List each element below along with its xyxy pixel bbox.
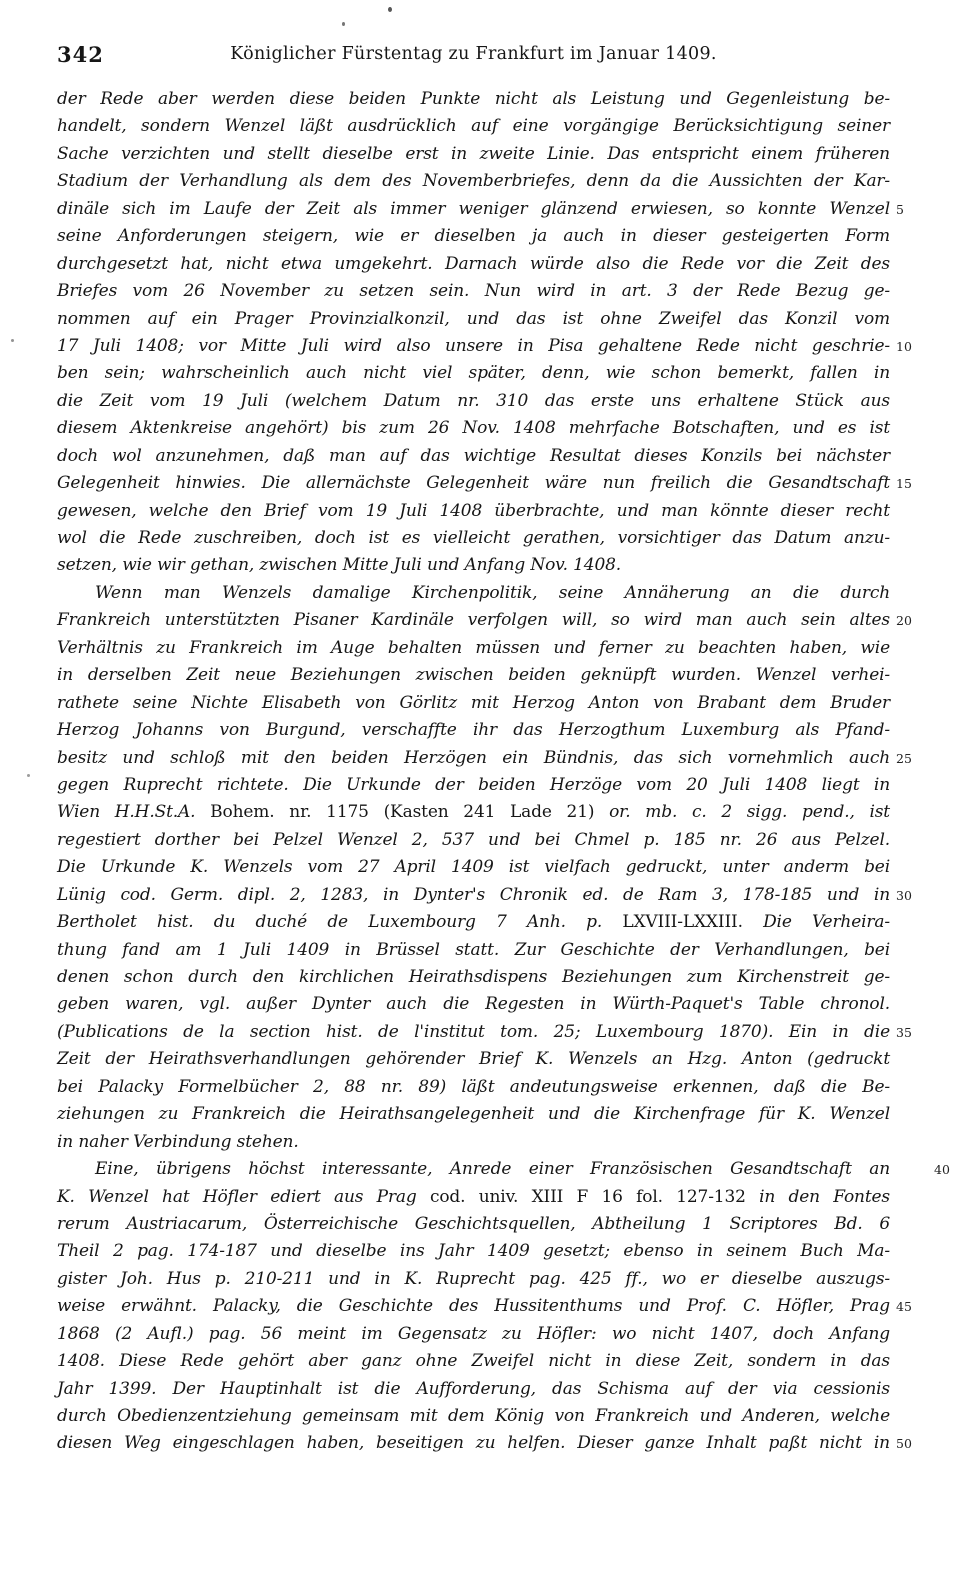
text-line: setzen, wie wir gethan, zwischen Mitte J… (57, 552, 890, 579)
text-line: dinäle sich im Laufe der Zeit als immer … (57, 196, 890, 223)
text-line: gegen Ruprecht richtete. Die Urkunde der… (57, 772, 890, 799)
text-line: Theil 2 pag. 174-187 und dieselbe ins Ja… (57, 1238, 890, 1265)
text-line: K. Wenzel hat Höfler ediert aus Prag cod… (57, 1184, 890, 1211)
text-line: Briefes vom 26 November zu setzen sein. … (57, 278, 890, 305)
text-line: der Rede aber werden diese beiden Punkte… (57, 86, 890, 113)
margin-line-number: 35 (896, 1019, 934, 1046)
text-line: Eine, übrigens höchst interessante, Anre… (57, 1156, 890, 1183)
text-line: Wenn man Wenzels damalige Kirchenpolitik… (57, 580, 890, 607)
margin-line-number: 40 (896, 1156, 934, 1183)
text-line: Herzog Johanns von Burgund, verschaffte … (57, 717, 890, 744)
text-line: regestiert dorther bei Pelzel Wenzel 2, … (57, 827, 890, 854)
text-line: Frankreich unterstützten Pisaner Kardinä… (57, 607, 890, 634)
text-line: bei Palacky Formelbücher 2, 88 nr. 89) l… (57, 1074, 890, 1101)
text-line: 1408. Diese Rede gehört aber ganz ohne Z… (57, 1348, 890, 1375)
text-line: durchgesetzt hat, nicht etwa umgekehrt. … (57, 251, 890, 278)
text-line: ben sein; wahrscheinlich auch nicht viel… (57, 360, 890, 387)
margin-line-number: 50 (896, 1430, 934, 1457)
margin-line-number: 5 (896, 196, 934, 223)
scan-speck (342, 22, 345, 26)
text-line: denen schon durch den kirchlichen Heirat… (57, 964, 890, 991)
text-line: Verhältnis zu Frankreich im Auge behalte… (57, 635, 890, 662)
text-line: gewesen, welche den Brief vom 19 Juli 14… (57, 498, 890, 525)
text-line: Sache verzichten und stellt dieselbe ers… (57, 141, 890, 168)
margin-line-number: 15 (896, 470, 934, 497)
text-line: in derselben Zeit neue Beziehungen zwisc… (57, 662, 890, 689)
text-line: Gelegenheit hinwies. Die allernächste Ge… (57, 470, 890, 497)
text-line: doch wol anzunehmen, daß man auf das wic… (57, 443, 890, 470)
page-header: 342 Königlicher Fürstentag zu Frankfurt … (57, 42, 890, 68)
text-line: 17 Juli 1408; vor Mitte Juli wird also u… (57, 333, 890, 360)
text-line: wol die Rede zuschreiben, doch ist es vi… (57, 525, 890, 552)
margin-line-number: 10 (896, 333, 934, 360)
text-line: besitz und schloß mit den beiden Herzöge… (57, 745, 890, 772)
text-line: geben waren, vgl. außer Dynter auch die … (57, 991, 890, 1018)
text-line: durch Obedienzentziehung gemeinsam mit d… (57, 1403, 890, 1430)
text-line: Jahr 1399. Der Hauptinhalt ist die Auffo… (57, 1376, 890, 1403)
text-line: Bertholet hist. du duché de Luxembourg 7… (57, 909, 890, 936)
text-line: rerum Austriacarum, Österreichische Gesc… (57, 1211, 890, 1238)
text-line: diesen Weg eingeschlagen haben, beseitig… (57, 1430, 890, 1457)
book-page: 342 Königlicher Fürstentag zu Frankfurt … (0, 0, 960, 1582)
text-line: nommen auf ein Prager Provinzialkonzil, … (57, 306, 890, 333)
text-line: diesem Aktenkreise angehört) bis zum 26 … (57, 415, 890, 442)
text-line: die Zeit vom 19 Juli (welchem Datum nr. … (57, 388, 890, 415)
text-line: Wien H.H.St.A. Bohem. nr. 1175 (Kasten 2… (57, 799, 890, 826)
text-line: Lünig cod. Germ. dipl. 2, 1283, in Dynte… (57, 882, 890, 909)
text-line: seine Anforderungen steigern, wie er die… (57, 223, 890, 250)
scan-speck (388, 7, 392, 12)
margin-line-number: 20 (896, 607, 934, 634)
text-line: Zeit der Heirathsverhandlungen gehörende… (57, 1046, 890, 1073)
text-line: (Publications de la section hist. de l'i… (57, 1019, 890, 1046)
scan-speck (27, 774, 30, 777)
text-line: gister Joh. Hus p. 210-211 und in K. Rup… (57, 1266, 890, 1293)
text-line: Die Urkunde K. Wenzels vom 27 April 1409… (57, 854, 890, 881)
scan-speck (11, 339, 14, 342)
running-head: Königlicher Fürstentag zu Frankfurt im J… (57, 44, 890, 64)
margin-line-number: 25 (896, 745, 934, 772)
text-line: 1868 (2 Aufl.) pag. 56 meint im Gegensat… (57, 1321, 890, 1348)
margin-line-number: 30 (896, 882, 934, 909)
text-line: handelt, sondern Wenzel läßt ausdrücklic… (57, 113, 890, 140)
text-line: Stadium der Verhandlung als dem des Nove… (57, 168, 890, 195)
text-line: weise erwähnt. Palacky, die Geschichte d… (57, 1293, 890, 1320)
text-line: ziehungen zu Frankreich die Heirathsange… (57, 1101, 890, 1128)
text-line: thung fand am 1 Juli 1409 in Brüssel sta… (57, 937, 890, 964)
text-line: rathete seine Nichte Elisabeth von Görli… (57, 690, 890, 717)
text-line: in naher Verbindung stehen. (57, 1129, 890, 1156)
margin-line-number: 45 (896, 1293, 934, 1320)
text-block: der Rede aber werden diese beiden Punkte… (57, 86, 890, 1458)
